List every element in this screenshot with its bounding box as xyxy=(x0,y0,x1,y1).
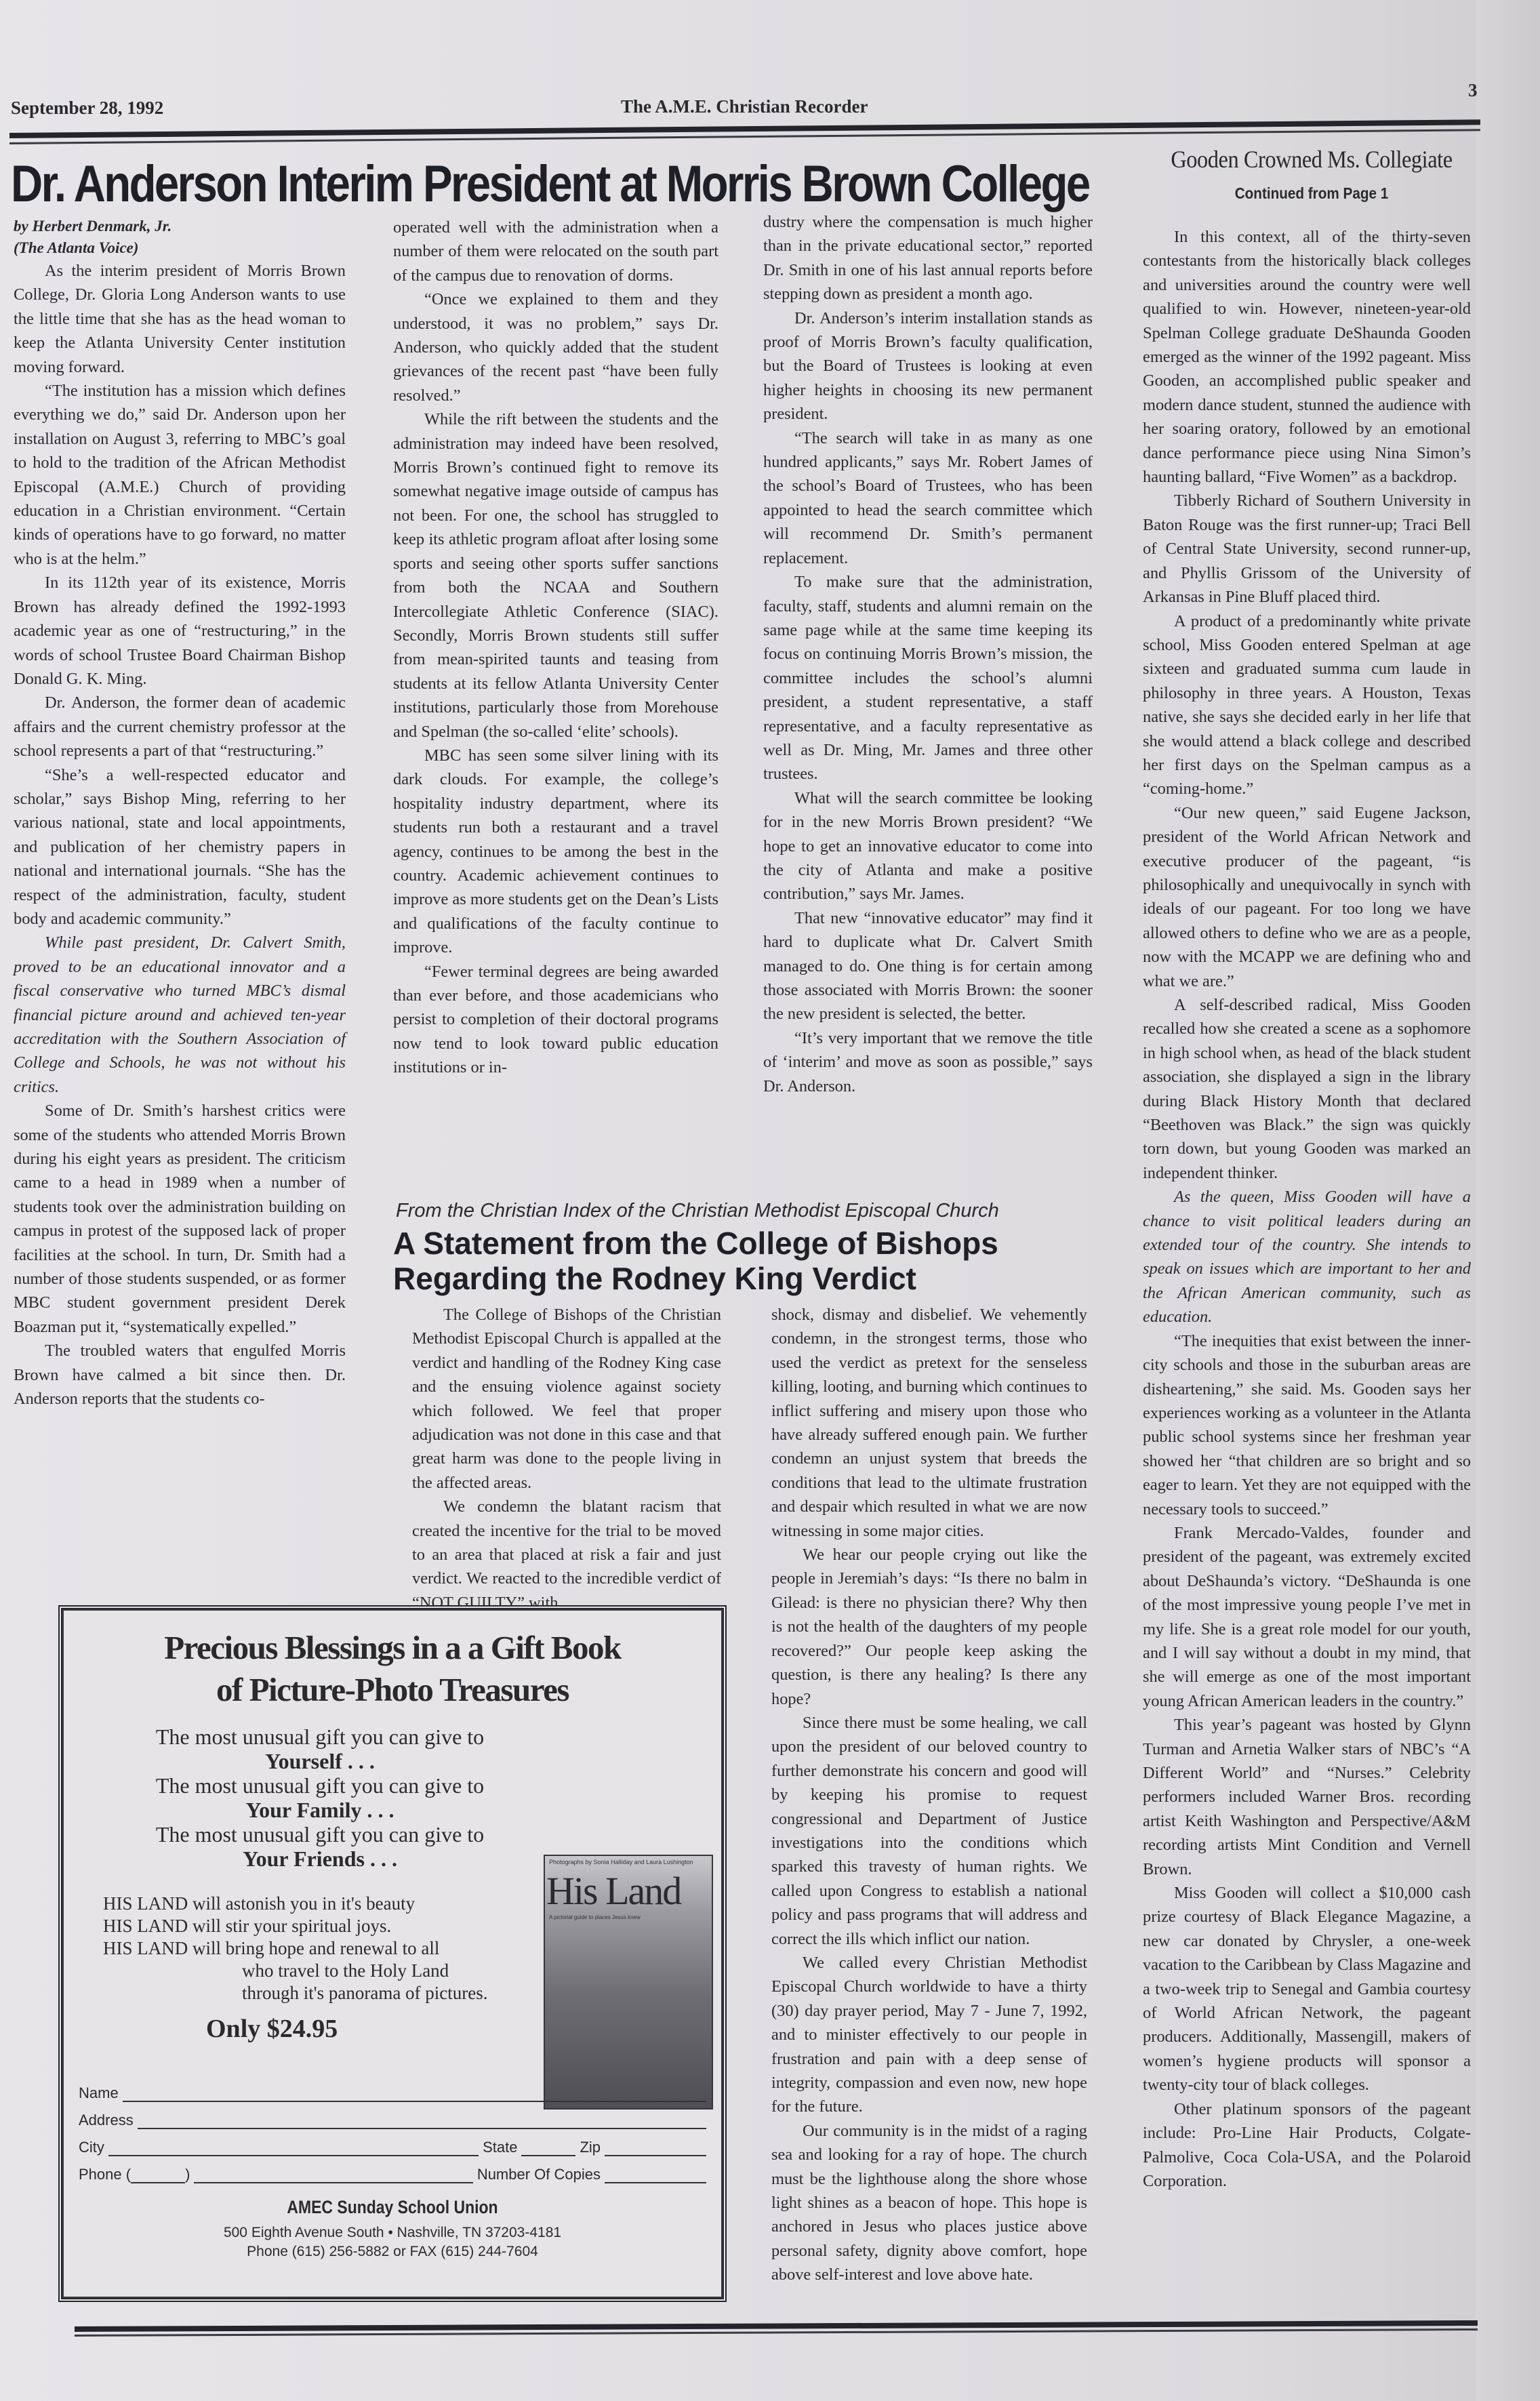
lead-article-column-2: operated well with the administration wh… xyxy=(393,216,718,1080)
book-credit: Photographs by Sonia Halliday and Laura … xyxy=(549,1859,693,1865)
book-subtitle: A pictorial guide to places Jesus knew xyxy=(549,1914,641,1920)
paragraph: While past president, Dr. Calvert Smith,… xyxy=(14,931,346,1099)
paragraph: Our community is in the midst of a ragin… xyxy=(771,2119,1087,2287)
continued-from-label: Continued from Page 1 xyxy=(1162,184,1461,203)
area-code-field[interactable] xyxy=(131,2170,185,2183)
paragraph: Other platinum sponsors of the pageant i… xyxy=(1143,2097,1471,2194)
address-label: Address xyxy=(79,2112,134,2129)
phone-label: Phone ( xyxy=(79,2166,131,2183)
publisher-address: 500 Eighth Avenue South • Nashville, TN … xyxy=(62,2223,723,2242)
issue-date: September 28, 1992 xyxy=(11,98,163,119)
address-field[interactable] xyxy=(138,2116,706,2129)
lead-article-column-3: dustry where the compensation is much hi… xyxy=(763,210,1093,1098)
bishops-article-column-2: shock, dismay and disbelief. We vehement… xyxy=(771,1303,1087,2287)
gift-target: Your Friends . . . xyxy=(62,1847,577,1871)
publisher-phone: Phone (615) 256-5882 or FAX (615) 244-76… xyxy=(62,2242,723,2261)
paragraph: “Once we explained to them and they unde… xyxy=(393,287,718,407)
paragraph: Tibberly Richard of Southern University … xyxy=(1143,489,1471,609)
paragraph: We hear our people crying out like the p… xyxy=(771,1543,1087,1711)
his-land-advertisement: Precious Blessings in a a Gift Book of P… xyxy=(58,1605,727,2302)
ad-claims: HIS LAND will astonish you in it's beaut… xyxy=(103,1893,488,2004)
phone-close-paren: ) xyxy=(185,2166,190,2183)
claim-line: through it's panorama of pictures. xyxy=(103,1982,488,2004)
claim-line: who travel to the Holy Land xyxy=(103,1960,488,1982)
page-number: 3 xyxy=(1468,80,1478,101)
book-cover-image: Photographs by Sonia Halliday and Laura … xyxy=(544,1855,713,2110)
publication-name: The A.M.E. Christian Recorder xyxy=(621,96,868,117)
paragraph: “The inequities that exist between the i… xyxy=(1143,1329,1471,1521)
bishops-headline: A Statement from the College of Bishops … xyxy=(393,1226,998,1296)
paragraph: To make sure that the administration, fa… xyxy=(763,570,1093,786)
paragraph: In its 112th year of its existence, Morr… xyxy=(14,571,346,691)
paragraph: That new “innovative educator” may find … xyxy=(763,906,1093,1026)
paragraph: “The search will take in as many as one … xyxy=(763,426,1093,570)
zip-label: Zip xyxy=(580,2139,601,2156)
gift-line: The most unusual gift you can give to xyxy=(62,1724,577,1749)
bishops-headline-line-2: Regarding the Rodney King Verdict xyxy=(393,1261,998,1296)
paragraph: As the queen, Miss Gooden will have a ch… xyxy=(1143,1185,1471,1329)
claim-line: HIS LAND will stir your spiritual joys. xyxy=(103,1915,488,1937)
paragraph: Dr. Anderson, the former dean of academi… xyxy=(14,691,346,763)
gift-line: The most unusual gift you can give to xyxy=(62,1773,577,1798)
paragraph: “Fewer terminal degrees are being awarde… xyxy=(393,960,718,1080)
paragraph: We condemn the blatant racism that creat… xyxy=(412,1495,721,1615)
ad-title: Precious Blessings in a a Gift Book of P… xyxy=(62,1627,723,1711)
paragraph: What will the search committee be lookin… xyxy=(763,786,1093,906)
paragraph: The troubled waters that engulfed Morris… xyxy=(14,1339,346,1411)
claim-line: HIS LAND will bring hope and renewal to … xyxy=(103,1937,488,1960)
paragraph: Since there must be some healing, we cal… xyxy=(771,1711,1087,1951)
side-article-headline: Gooden Crowned Ms. Collegiate xyxy=(1162,145,1461,174)
state-field[interactable] xyxy=(521,2143,575,2156)
masthead: September 28, 1992 The A.M.E. Christian … xyxy=(11,94,1475,121)
paragraph: “She’s a well-respected educator and sch… xyxy=(14,763,346,931)
city-field[interactable] xyxy=(108,2143,479,2156)
city-row: City State Zip xyxy=(79,2136,710,2156)
bishops-article-column-1: The College of Bishops of the Christian … xyxy=(412,1303,721,1615)
paragraph: “It’s very important that we remove the … xyxy=(763,1026,1093,1098)
paragraph: “Our new queen,” said Eugene Jackson, pr… xyxy=(1143,801,1471,993)
paragraph: Dr. Anderson’s interim installation stan… xyxy=(763,306,1093,426)
paragraph: While the rift between the students and … xyxy=(393,407,718,744)
paragraph: A product of a predominantly white priva… xyxy=(1143,609,1471,801)
paragraph: The College of Bishops of the Christian … xyxy=(412,1303,721,1495)
paragraph: dustry where the compensation is much hi… xyxy=(763,210,1093,306)
gift-line: The most unusual gift you can give to xyxy=(62,1822,577,1847)
name-field[interactable] xyxy=(123,2089,706,2102)
paragraph: As the interim president of Morris Brown… xyxy=(14,259,346,379)
claim-line: HIS LAND will astonish you in it's beaut… xyxy=(103,1893,488,1915)
paragraph: MBC has seen some silver lining with its… xyxy=(393,744,718,960)
publisher-name: AMEC Sunday School Union xyxy=(112,2197,673,2218)
paragraph: operated well with the administration wh… xyxy=(393,216,718,287)
paragraph: shock, dismay and disbelief. We vehement… xyxy=(771,1303,1087,1543)
copies-field[interactable] xyxy=(605,2170,706,2183)
ad-title-line-2: of Picture-Photo Treasures xyxy=(62,1669,723,1711)
paragraph: Some of Dr. Smith’s harshest critics wer… xyxy=(14,1099,346,1339)
zip-field[interactable] xyxy=(605,2143,706,2156)
paragraph: Miss Gooden will collect a $10,000 cash … xyxy=(1143,1881,1471,2097)
city-label: City xyxy=(79,2139,104,2156)
byline-source: (The Atlanta Voice) xyxy=(14,237,346,259)
paragraph: In this context, all of the thirty-seven… xyxy=(1143,225,1471,489)
byline: by Herbert Denmark, Jr. xyxy=(14,216,346,237)
address-row: Address xyxy=(79,2109,710,2129)
paragraph: Frank Mercado-Valdes, founder and presid… xyxy=(1143,1521,1471,1713)
gift-target: Yourself . . . xyxy=(62,1749,577,1773)
paragraph: We called every Christian Methodist Epis… xyxy=(771,1951,1087,2119)
paragraph: “The institution has a mission which def… xyxy=(14,379,346,571)
price: Only $24.95 xyxy=(206,2014,338,2044)
lead-article-column-1: by Herbert Denmark, Jr. (The Atlanta Voi… xyxy=(14,216,346,1411)
paragraph: This year’s pageant was hosted by Glynn … xyxy=(1143,1713,1471,1881)
bishops-kicker: From the Christian Index of the Christia… xyxy=(396,1200,999,1222)
copies-label: Number Of Copies xyxy=(477,2166,601,2183)
bishops-headline-line-1: A Statement from the College of Bishops xyxy=(393,1226,998,1261)
state-label: State xyxy=(483,2139,517,2156)
phone-row: Phone ( ) Number Of Copies xyxy=(79,2163,710,2183)
name-label: Name xyxy=(79,2084,119,2102)
side-article-column: In this context, all of the thirty-seven… xyxy=(1143,225,1471,2193)
paragraph: A self-described radical, Miss Gooden re… xyxy=(1143,993,1471,1185)
book-title: His Land xyxy=(546,1871,681,1912)
ad-title-line-1: Precious Blessings in a a Gift Book xyxy=(62,1627,723,1669)
lead-headline: Dr. Anderson Interim President at Morris… xyxy=(11,155,1089,214)
publisher-contact: 500 Eighth Avenue South • Nashville, TN … xyxy=(62,2223,723,2261)
gift-pitch: The most unusual gift you can give to Yo… xyxy=(62,1724,577,1871)
name-row: Name xyxy=(79,2082,710,2102)
gift-target: Your Family . . . xyxy=(62,1798,577,1822)
phone-field[interactable] xyxy=(194,2170,472,2183)
page-edge-shadow xyxy=(1476,0,1540,2401)
